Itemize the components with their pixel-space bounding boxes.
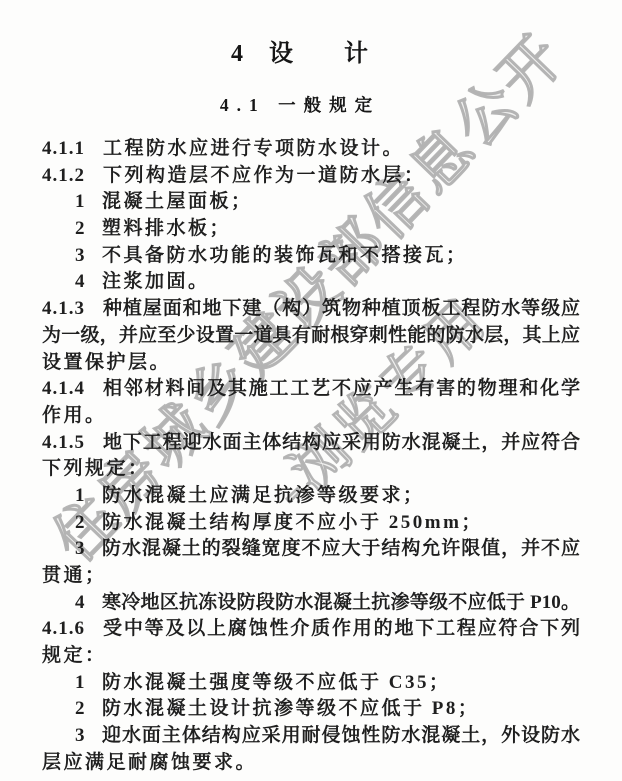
line-text: 工程防水应进行专项防水设计。	[103, 136, 580, 163]
clause-line-continuation: 为一级，并应至少设置一道具有耐根穿刺性能的防水层，其上应	[42, 323, 580, 350]
numbered-item-line: 2防水混凝土结构厚度不应小于 250mm；	[42, 510, 580, 537]
line-text: 迎水面主体结构应采用耐侵蚀性防水混凝土，外设防水	[102, 723, 580, 750]
line-text: 防水混凝土应满足抗渗等级要求；	[102, 483, 580, 510]
numbered-item-line: 2塑料排水板；	[42, 216, 580, 243]
line-text: 地下工程迎水面主体结构应采用防水混凝土，并应符合	[103, 430, 580, 457]
line-text: 作用。	[42, 403, 580, 430]
clause-number: 4.1.3	[42, 296, 103, 323]
clause-text-body: 4.1.1工程防水应进行专项防水设计。4.1.2下列构造层不应作为一道防水层：1…	[42, 136, 580, 777]
line-text: 层应满足耐腐蚀要求。	[42, 750, 580, 777]
line-text: 注浆加固。	[102, 269, 580, 296]
numbered-item-line: 1混凝土屋面板；	[42, 189, 580, 216]
item-number: 2	[75, 696, 102, 723]
clause-line: 4.1.2下列构造层不应作为一道防水层：	[42, 163, 580, 190]
line-text: 防水混凝土设计抗渗等级不应低于 P8；	[102, 696, 580, 723]
section-title: 4.1 一般规定	[0, 94, 600, 116]
numbered-item-line: 4注浆加固。	[42, 269, 580, 296]
numbered-item-line: 3防水混凝土的裂缝宽度不应大于结构允许限值，并不应	[42, 536, 580, 563]
chapter-title: 4 设 计	[0, 40, 600, 68]
clause-line-continuation: 作用。	[42, 403, 580, 430]
clause-line-continuation: 下列规定：	[42, 456, 580, 483]
clause-line: 4.1.3种植屋面和地下建（构）筑物种植顶板工程防水等级应	[42, 296, 580, 323]
clause-number: 4.1.4	[42, 376, 103, 403]
line-text: 塑料排水板；	[102, 216, 580, 243]
line-text: 下列规定：	[42, 456, 580, 483]
line-text: 设置保护层。	[42, 350, 580, 377]
item-number: 1	[75, 670, 102, 697]
line-text: 防水混凝土的裂缝宽度不应大于结构允许限值，并不应	[102, 536, 580, 563]
line-text: 相邻材料间及其施工工艺不应产生有害的物理和化学	[103, 376, 580, 403]
clause-number: 4.1.2	[42, 163, 103, 190]
item-number: 3	[75, 536, 102, 563]
item-number: 2	[75, 510, 102, 537]
clause-line-continuation: 贯通；	[42, 563, 580, 590]
line-text: 混凝土屋面板；	[102, 189, 580, 216]
item-number: 2	[75, 216, 102, 243]
item-number: 4	[75, 269, 102, 296]
clause-line: 4.1.4相邻材料间及其施工工艺不应产生有害的物理和化学	[42, 376, 580, 403]
clause-line-continuation: 规定：	[42, 643, 580, 670]
line-text: 防水混凝土结构厚度不应小于 250mm；	[102, 510, 580, 537]
line-text: 受中等及以上腐蚀性介质作用的地下工程应符合下列	[103, 616, 580, 643]
numbered-item-line: 3不具备防水功能的装饰瓦和不搭接瓦；	[42, 243, 580, 270]
numbered-item-line: 3迎水面主体结构应采用耐侵蚀性防水混凝土，外设防水	[42, 723, 580, 750]
line-text: 不具备防水功能的装饰瓦和不搭接瓦；	[102, 243, 580, 270]
numbered-item-line: 2防水混凝土设计抗渗等级不应低于 P8；	[42, 696, 580, 723]
clause-number: 4.1.1	[42, 136, 103, 163]
line-text: 为一级，并应至少设置一道具有耐根穿刺性能的防水层，其上应	[42, 323, 580, 350]
clause-line: 4.1.1工程防水应进行专项防水设计。	[42, 136, 580, 163]
line-text: 规定：	[42, 643, 580, 670]
line-text: 寒冷地区抗冻设防段防水混凝土抗渗等级不应低于 P10。	[102, 590, 580, 617]
numbered-item-line: 4寒冷地区抗冻设防段防水混凝土抗渗等级不应低于 P10。	[42, 590, 580, 617]
item-number: 1	[75, 189, 102, 216]
clause-line: 4.1.6受中等及以上腐蚀性介质作用的地下工程应符合下列	[42, 616, 580, 643]
item-number: 3	[75, 243, 102, 270]
item-number: 3	[75, 723, 102, 750]
line-text: 下列构造层不应作为一道防水层：	[103, 163, 580, 190]
item-number: 1	[75, 483, 102, 510]
document-page: 住房城乡建设部信息公开 -浏览专用 4 设 计 4.1 一般规定 4.1.1工程…	[0, 0, 622, 781]
clause-line: 4.1.5地下工程迎水面主体结构应采用防水混凝土，并应符合	[42, 430, 580, 457]
clause-number: 4.1.6	[42, 616, 103, 643]
line-text: 贯通；	[42, 563, 580, 590]
numbered-item-line: 1防水混凝土应满足抗渗等级要求；	[42, 483, 580, 510]
numbered-item-line: 1防水混凝土强度等级不应低于 C35；	[42, 670, 580, 697]
clause-line-continuation: 层应满足耐腐蚀要求。	[42, 750, 580, 777]
clause-number: 4.1.5	[42, 430, 103, 457]
clause-line-continuation: 设置保护层。	[42, 350, 580, 377]
line-text: 防水混凝土强度等级不应低于 C35；	[102, 670, 580, 697]
item-number: 4	[75, 590, 102, 617]
line-text: 种植屋面和地下建（构）筑物种植顶板工程防水等级应	[103, 296, 580, 323]
